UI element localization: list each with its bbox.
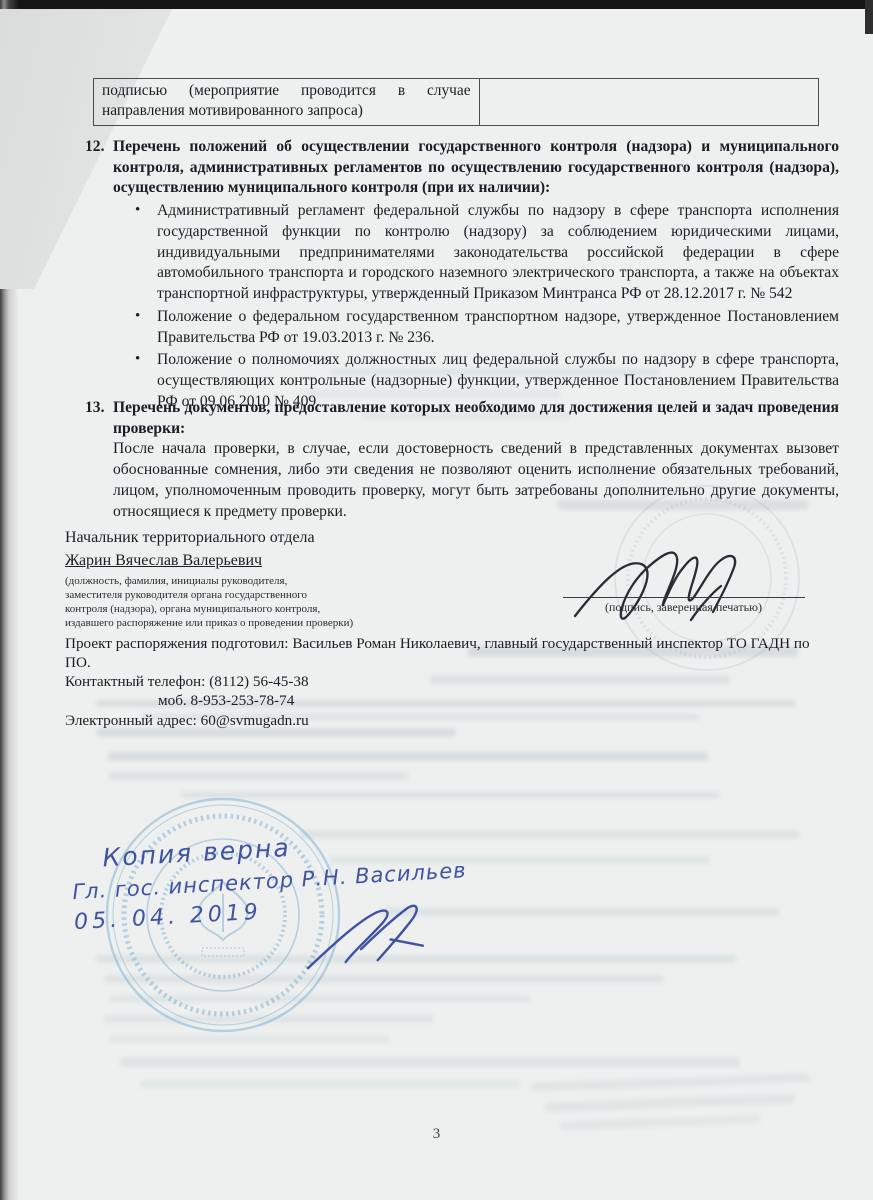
prepared-by-line: Проект распоряжения подготовил: Васильев…	[65, 634, 825, 672]
item-12: 12. Перечень положений об осуществлении …	[85, 137, 839, 413]
conditions-table: подписью (мероприятие проводится в случа…	[93, 78, 819, 126]
table-cell-right	[479, 79, 818, 126]
signature-caption: (подпись, заверенная печатью)	[605, 600, 762, 616]
item-13-body: После начала проверки, в случае, если до…	[113, 439, 839, 522]
handwritten-signature	[298, 897, 432, 974]
scanned-document-page: подписью (мероприятие проводится в случа…	[0, 0, 873, 1200]
signature-line	[563, 597, 805, 598]
mobile-line: моб. 8-953-253-78-74	[65, 691, 825, 710]
item-12-bullets: Административный регламент федеральной с…	[113, 201, 839, 412]
scanner-edge-top	[0, 0, 873, 9]
email-line: Электронный адрес: 60@svmugadn.ru	[65, 711, 825, 730]
footer-contacts: Проект распоряжения подготовил: Васильев…	[65, 634, 825, 730]
item-13: 13. Перечень документов, предоставление …	[85, 398, 839, 522]
item-12-number: 12.	[85, 137, 105, 158]
table-cell-left: подписью (мероприятие проводится в случа…	[94, 79, 480, 126]
signature-area: (подпись, заверенная печатью)	[563, 538, 813, 618]
table-row: подписью (мероприятие проводится в случа…	[94, 79, 819, 126]
page-number: 3	[0, 1126, 873, 1143]
phone-line: Контактный телефон: (8112) 56-45-38	[65, 672, 825, 691]
item-13-number: 13.	[85, 398, 105, 419]
bullet-regulation-236: Положение о федеральном государственном …	[133, 307, 839, 348]
bullet-regulation-542: Административный регламент федеральной с…	[133, 201, 839, 305]
item-12-heading: Перечень положений об осуществлении госу…	[113, 137, 839, 199]
item-13-heading: Перечень документов, предоставление кото…	[113, 398, 839, 439]
scanner-edge-top-right	[865, 0, 873, 34]
